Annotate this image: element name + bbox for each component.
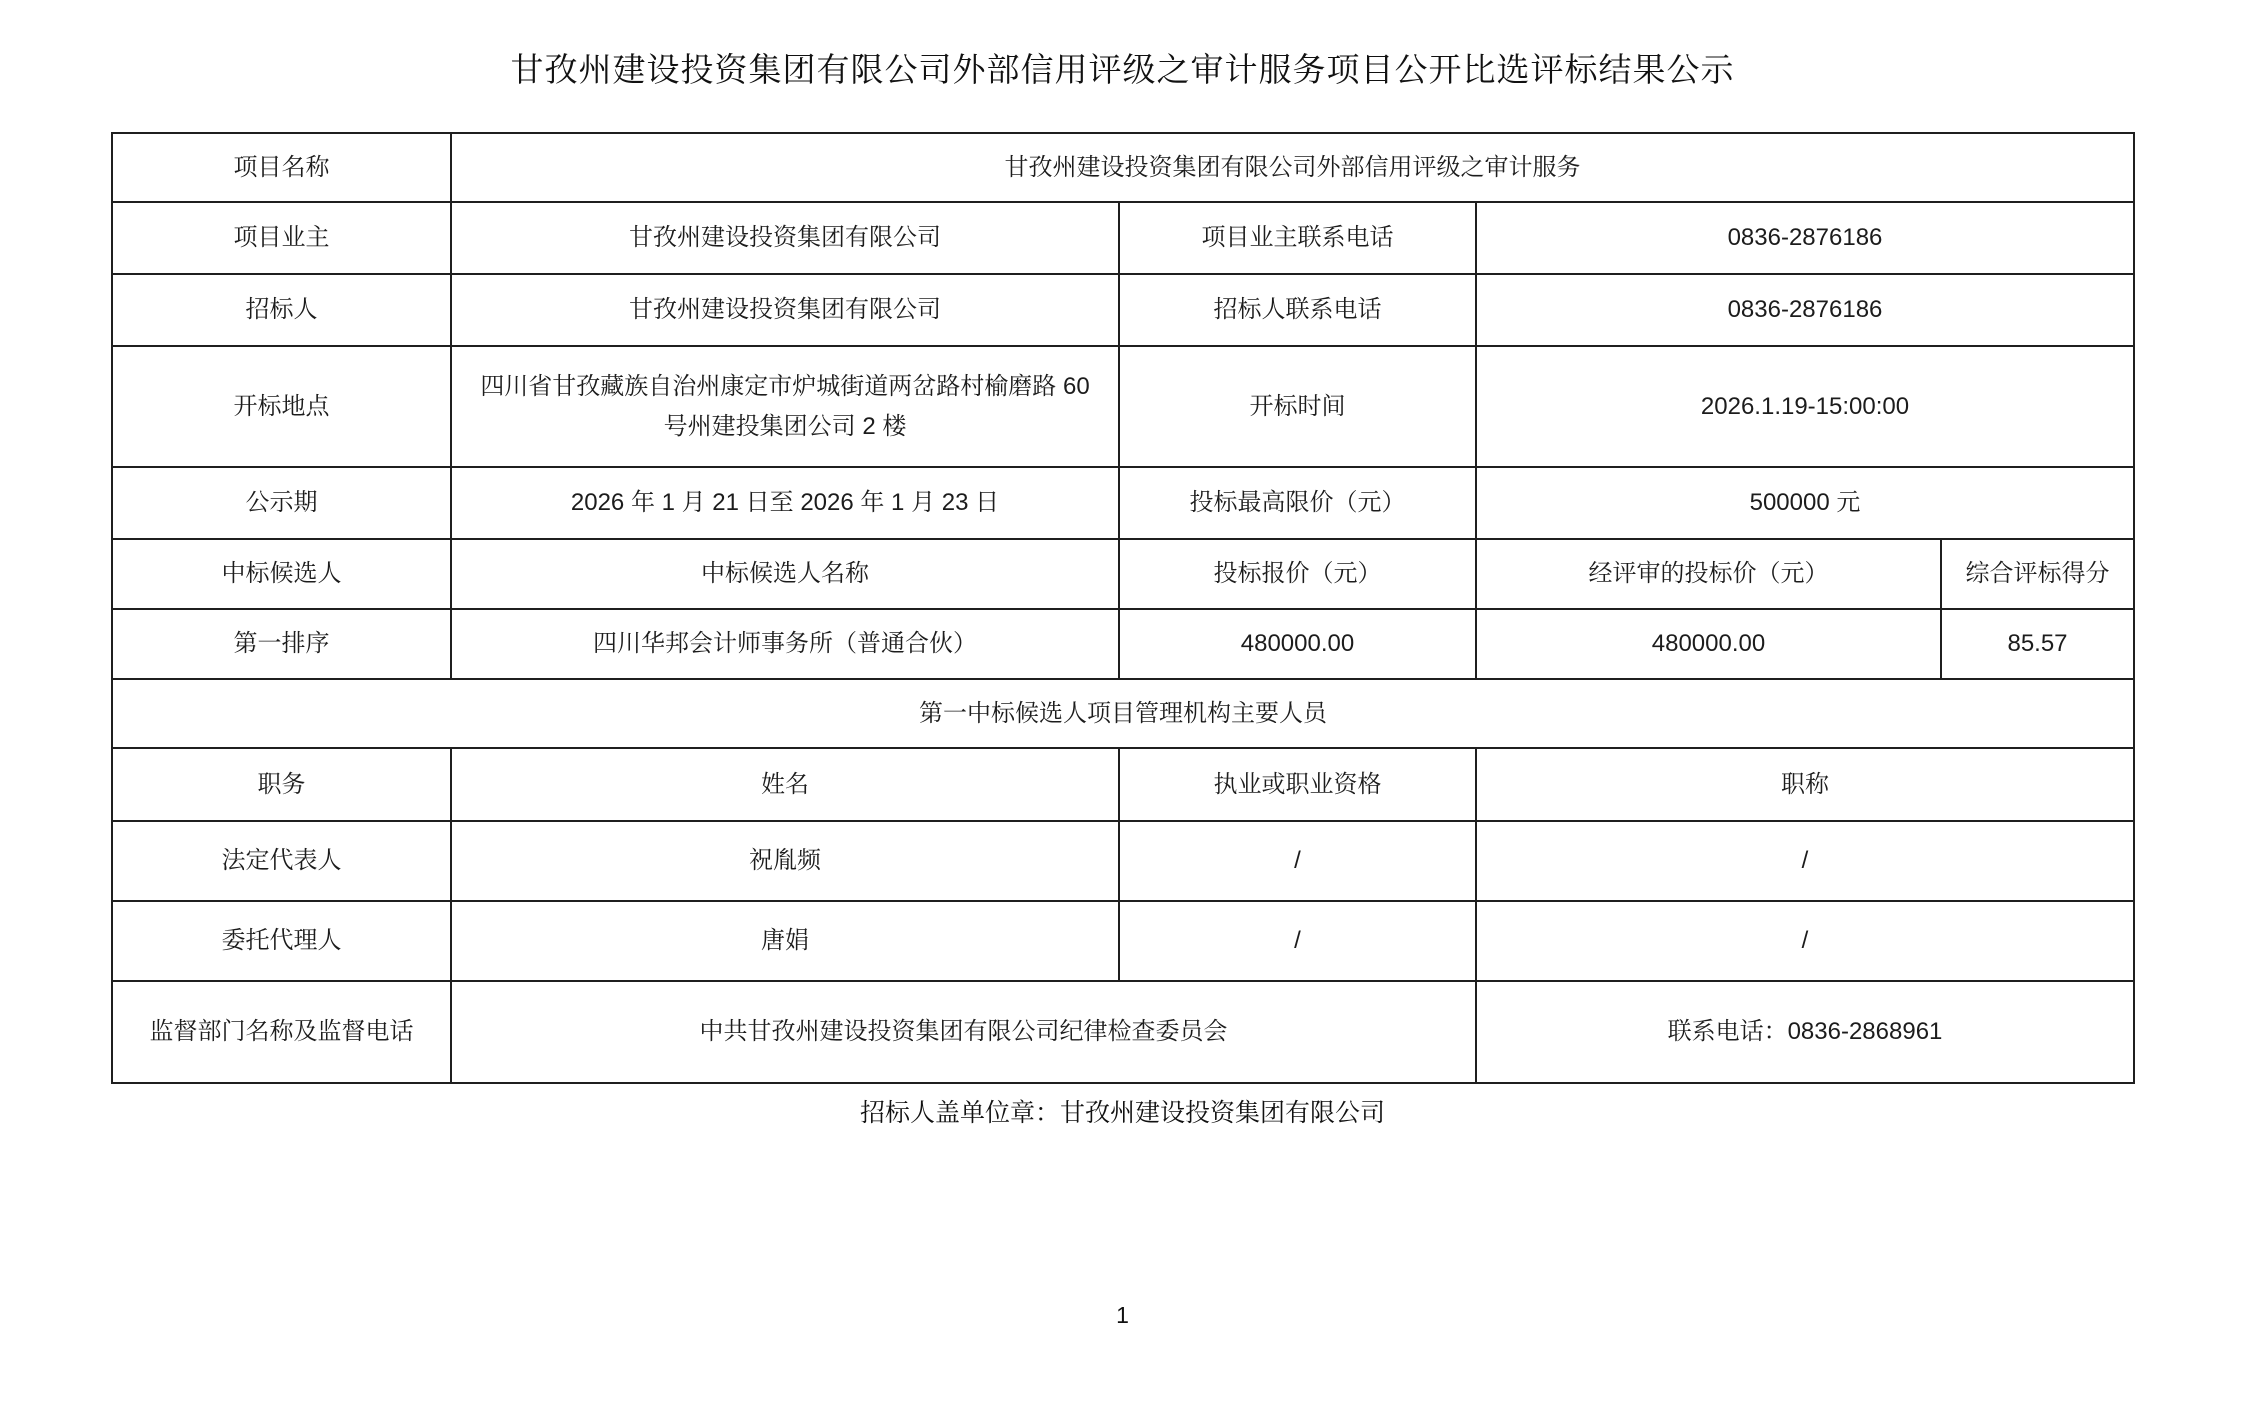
supervision-department: 中共甘孜州建设投资集团有限公司纪律检查委员会 bbox=[451, 981, 1476, 1083]
max-price-value: 500000 元 bbox=[1476, 467, 2134, 539]
owner-value: 甘孜州建设投资集团有限公司 bbox=[451, 202, 1119, 274]
tenderer-label: 招标人 bbox=[112, 274, 451, 346]
bid-opening-time-label: 开标时间 bbox=[1119, 346, 1476, 467]
bid-result-table: 项目名称 甘孜州建设投资集团有限公司外部信用评级之审计服务 项目业主 甘孜州建设… bbox=[111, 132, 2135, 1084]
bid-opening-place-value: 四川省甘孜藏族自治州康定市炉城街道两岔路村榆磨路 60 号州建投集团公司 2 楼 bbox=[451, 346, 1119, 467]
row-owner: 项目业主 甘孜州建设投资集团有限公司 项目业主联系电话 0836-2876186 bbox=[112, 202, 2134, 274]
supervision-label: 监督部门名称及监督电话 bbox=[112, 981, 451, 1083]
row-bid-opening: 开标地点 四川省甘孜藏族自治州康定市炉城街道两岔路村榆磨路 60 号州建投集团公… bbox=[112, 346, 2134, 467]
document-title: 甘孜州建设投资集团有限公司外部信用评级之审计服务项目公开比选评标结果公示 bbox=[0, 44, 2245, 91]
candidate-header-bid-price: 投标报价（元） bbox=[1119, 539, 1476, 609]
candidate-header-score: 综合评标得分 bbox=[1941, 539, 2134, 609]
authorized-agent-position: 委托代理人 bbox=[112, 901, 451, 981]
row-project-name: 项目名称 甘孜州建设投资集团有限公司外部信用评级之审计服务 bbox=[112, 133, 2134, 202]
staff-section-title: 第一中标候选人项目管理机构主要人员 bbox=[112, 679, 2134, 748]
authorized-agent-title: / bbox=[1476, 901, 2134, 981]
owner-label: 项目业主 bbox=[112, 202, 451, 274]
row-staff-header: 职务 姓名 执业或职业资格 职称 bbox=[112, 748, 2134, 821]
staff-header-title: 职称 bbox=[1476, 748, 2134, 821]
legal-representative-qualification: / bbox=[1119, 821, 1476, 901]
row-first-candidate: 第一排序 四川华邦会计师事务所（普通合伙） 480000.00 480000.0… bbox=[112, 609, 2134, 679]
candidate-header-candidate: 中标候选人 bbox=[112, 539, 451, 609]
owner-phone-value: 0836-2876186 bbox=[1476, 202, 2134, 274]
row-staff-section-title: 第一中标候选人项目管理机构主要人员 bbox=[112, 679, 2134, 748]
row-publicity-period: 公示期 2026 年 1 月 21 日至 2026 年 1 月 23 日 投标最… bbox=[112, 467, 2134, 539]
tenderer-phone-value: 0836-2876186 bbox=[1476, 274, 2134, 346]
candidate-header-name: 中标候选人名称 bbox=[451, 539, 1119, 609]
bid-opening-time-value: 2026.1.19-15:00:00 bbox=[1476, 346, 2134, 467]
page-number: 1 bbox=[0, 1302, 2245, 1329]
first-candidate-name: 四川华邦会计师事务所（普通合伙） bbox=[451, 609, 1119, 679]
first-candidate-rank: 第一排序 bbox=[112, 609, 451, 679]
staff-header-name: 姓名 bbox=[451, 748, 1119, 821]
legal-representative-name: 祝胤频 bbox=[451, 821, 1119, 901]
candidate-header-evaluated-price: 经评审的投标价（元） bbox=[1476, 539, 1941, 609]
max-price-label: 投标最高限价（元） bbox=[1119, 467, 1476, 539]
legal-representative-title: / bbox=[1476, 821, 2134, 901]
first-candidate-evaluated-price: 480000.00 bbox=[1476, 609, 1941, 679]
row-authorized-agent: 委托代理人 唐娟 / / bbox=[112, 901, 2134, 981]
tenderer-value: 甘孜州建设投资集团有限公司 bbox=[451, 274, 1119, 346]
authorized-agent-qualification: / bbox=[1119, 901, 1476, 981]
legal-representative-position: 法定代表人 bbox=[112, 821, 451, 901]
first-candidate-bid-price: 480000.00 bbox=[1119, 609, 1476, 679]
project-name-label: 项目名称 bbox=[112, 133, 451, 202]
row-supervision: 监督部门名称及监督电话 中共甘孜州建设投资集团有限公司纪律检查委员会 联系电话：… bbox=[112, 981, 2134, 1083]
tenderer-stamp-line: 招标人盖单位章：甘孜州建设投资集团有限公司 bbox=[0, 1093, 2245, 1129]
supervision-phone: 联系电话：0836-2868961 bbox=[1476, 981, 2134, 1083]
row-candidate-header: 中标候选人 中标候选人名称 投标报价（元） 经评审的投标价（元） 综合评标得分 bbox=[112, 539, 2134, 609]
tenderer-phone-label: 招标人联系电话 bbox=[1119, 274, 1476, 346]
first-candidate-score: 85.57 bbox=[1941, 609, 2134, 679]
staff-header-qualification: 执业或职业资格 bbox=[1119, 748, 1476, 821]
project-name-value: 甘孜州建设投资集团有限公司外部信用评级之审计服务 bbox=[451, 133, 2134, 202]
authorized-agent-name: 唐娟 bbox=[451, 901, 1119, 981]
bid-opening-place-label: 开标地点 bbox=[112, 346, 451, 467]
publicity-period-label: 公示期 bbox=[112, 467, 451, 539]
owner-phone-label: 项目业主联系电话 bbox=[1119, 202, 1476, 274]
row-legal-representative: 法定代表人 祝胤频 / / bbox=[112, 821, 2134, 901]
staff-header-position: 职务 bbox=[112, 748, 451, 821]
row-tenderer: 招标人 甘孜州建设投资集团有限公司 招标人联系电话 0836-2876186 bbox=[112, 274, 2134, 346]
publicity-period-value: 2026 年 1 月 21 日至 2026 年 1 月 23 日 bbox=[451, 467, 1119, 539]
